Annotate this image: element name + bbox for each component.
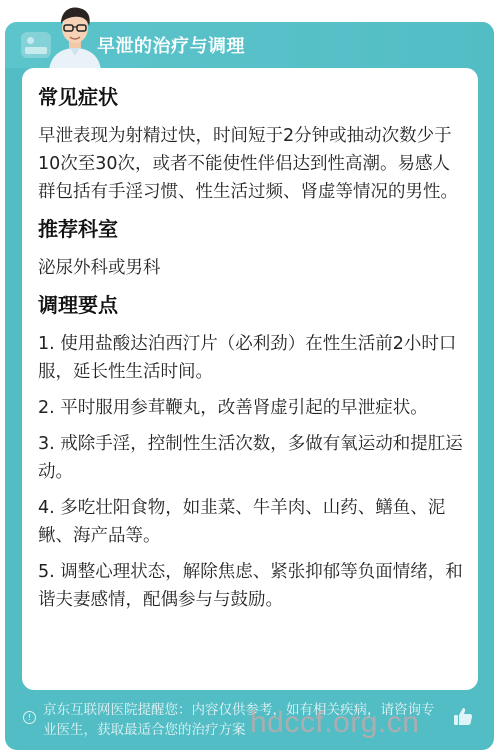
care-point-item: 4. 多吃壮阳食物，如韭菜、牛羊肉、山药、鳝鱼、泥鳅、海产品等。	[38, 494, 466, 550]
watermark-text: hdccf.org.cn	[250, 706, 419, 740]
treatment-card-frame: 早泄的治疗与调理 常见症状 早泄表现为射精过快，时间短于2分钟或抽动次数少于10…	[5, 22, 494, 750]
care-point-item: 3. 戒除手淫，控制性生活次数，多做有氧运动和提肛运动。	[38, 430, 466, 486]
symptoms-text: 早泄表现为射精过快，时间短于2分钟或抽动次数少于10次至30次，或者不能使性伴侣…	[38, 122, 466, 206]
info-icon: !	[23, 711, 36, 724]
care-point-item: 5. 调整心理状态，解除焦虑、紧张抑郁等负面情绪，和谐夫妻感情，配偶参与与鼓励。	[38, 558, 466, 614]
thumbs-up-icon[interactable]	[453, 706, 473, 726]
section-title-department: 推荐科室	[38, 216, 466, 242]
content-card: 常见症状 早泄表现为射精过快，时间短于2分钟或抽动次数少于10次至30次，或者不…	[22, 68, 478, 690]
care-point-item: 1. 使用盐酸达泊西汀片（必利劲）在性生活前2小时口服，延长性生活时间。	[38, 330, 466, 386]
page-title: 早泄的治疗与调理	[97, 32, 245, 58]
section-title-symptoms: 常见症状	[38, 84, 466, 110]
care-point-item: 2. 平时服用参茸鞭丸，改善肾虚引起的早泄症状。	[38, 394, 466, 422]
header-band: 早泄的治疗与调理	[5, 22, 494, 68]
section-title-care-points: 调理要点	[38, 292, 466, 318]
department-text: 泌尿外科或男科	[38, 254, 466, 282]
